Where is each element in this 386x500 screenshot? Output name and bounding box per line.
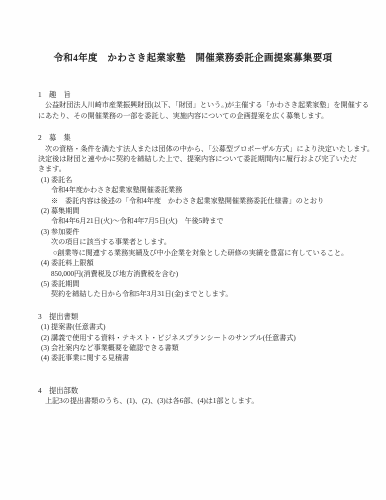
clause-bullet-line: ○創業等に関連する業務実績及び中小企業を対象とした研修の実績を豊富に有しているこ… xyxy=(38,248,358,258)
section-recruitment: 2 募 集 次の資格・条件を満たす法人または団体の中から、「公募型プロポーザル方… xyxy=(38,133,358,300)
clause-line: 次の項目に該当する事業者とします。 xyxy=(38,237,358,247)
purpose-paragraph-line: 公益財団法人川崎市産業振興財団(以下、「財団」という。)が主催する「かわさき起業… xyxy=(38,100,358,110)
clause-consignment-name: (1) 委託名 令和4年度かわさき起業家塾開催委託業務 ※ 委託内容は後述の「令… xyxy=(38,175,358,206)
document-list-item: (3) 会社案内など事業概要を確認できる書類 xyxy=(38,343,358,353)
clause-line: 令和4年度かわさき起業家塾開催委託業務 xyxy=(38,185,358,195)
document-list-item: (1) 提案書(任意書式) xyxy=(38,322,358,332)
clause-label: (5) 委託期間 xyxy=(38,279,358,289)
clause-line: ※ 委託内容は後述の「令和4年度 かわさき起業家塾開催業務委託仕様書」のとおり xyxy=(38,196,358,206)
document-list-item: (2) 講義で使用する資料・テキスト・ビジネスプランシートのサンプル(任意書式) xyxy=(38,333,358,343)
clause-line: 850,000円(消費税及び地方消費税を含む) xyxy=(38,269,358,279)
clause-consignment-period: (5) 委託期間 契約を締結した日から令和5年3月31日(金)までとします。 xyxy=(38,279,358,300)
copies-paragraph-line: 上記3の提出書類のうち、(1)、(2)、(3)は各6部、(4)は1部とします。 xyxy=(38,396,358,406)
section-recruitment-heading: 2 募 集 xyxy=(38,133,358,143)
section-submission-documents: 3 提出書類 (1) 提案書(任意書式) (2) 講義で使用する資料・テキスト・… xyxy=(38,312,358,364)
clause-recruitment-period: (2) 募集期間 令和4年6月21日(火)～令和4年7月5日(火) 午後5時まで xyxy=(38,206,358,227)
document-title: 令和4年度 かわさき起業家塾 開催業務委託企画提案募集要項 xyxy=(0,50,386,64)
recruitment-paragraph-line: 次の資格・条件を満たす法人または団体の中から、「公募型プロポーザル方式」により決… xyxy=(38,144,358,154)
clause-label: (2) 募集期間 xyxy=(38,206,358,216)
section-submission-documents-heading: 3 提出書類 xyxy=(38,312,358,322)
section-purpose: 1 趣 旨 公益財団法人川崎市産業振興財団(以下、「財団」という。)が主催する「… xyxy=(38,90,358,121)
section-purpose-heading: 1 趣 旨 xyxy=(38,90,358,100)
recruitment-paragraph-line: きます。 xyxy=(38,164,358,174)
section-number-of-copies-heading: 4 提出部数 xyxy=(38,386,358,396)
clause-label: (3) 参加要件 xyxy=(38,227,358,237)
recruitment-paragraph-line: 決定後は財団と速やかに契約を締結した上で、提案内容について委託期間内に履行および… xyxy=(38,154,358,164)
section-number-of-copies: 4 提出部数 上記3の提出書類のうち、(1)、(2)、(3)は各6部、(4)は1… xyxy=(38,386,358,407)
purpose-paragraph-line: にあたり、その開催業務の一部を委託し、実施内容についての企画提案を広く募集します… xyxy=(38,111,358,121)
clause-label: (1) 委託名 xyxy=(38,175,358,185)
document-list-item: (4) 委託事業に関する見積書 xyxy=(38,353,358,363)
clause-label: (4) 委託料上限額 xyxy=(38,258,358,268)
document-page: 令和4年度 かわさき起業家塾 開催業務委託企画提案募集要項 1 趣 旨 公益財団… xyxy=(0,0,386,500)
clause-line: 令和4年6月21日(火)～令和4年7月5日(火) 午後5時まで xyxy=(38,216,358,226)
clause-participation-requirements: (3) 参加要件 次の項目に該当する事業者とします。 ○創業等に関連する業務実績… xyxy=(38,227,358,258)
clause-line: 契約を締結した日から令和5年3月31日(金)までとします。 xyxy=(38,289,358,299)
clause-fee-cap: (4) 委託料上限額 850,000円(消費税及び地方消費税を含む) xyxy=(38,258,358,279)
